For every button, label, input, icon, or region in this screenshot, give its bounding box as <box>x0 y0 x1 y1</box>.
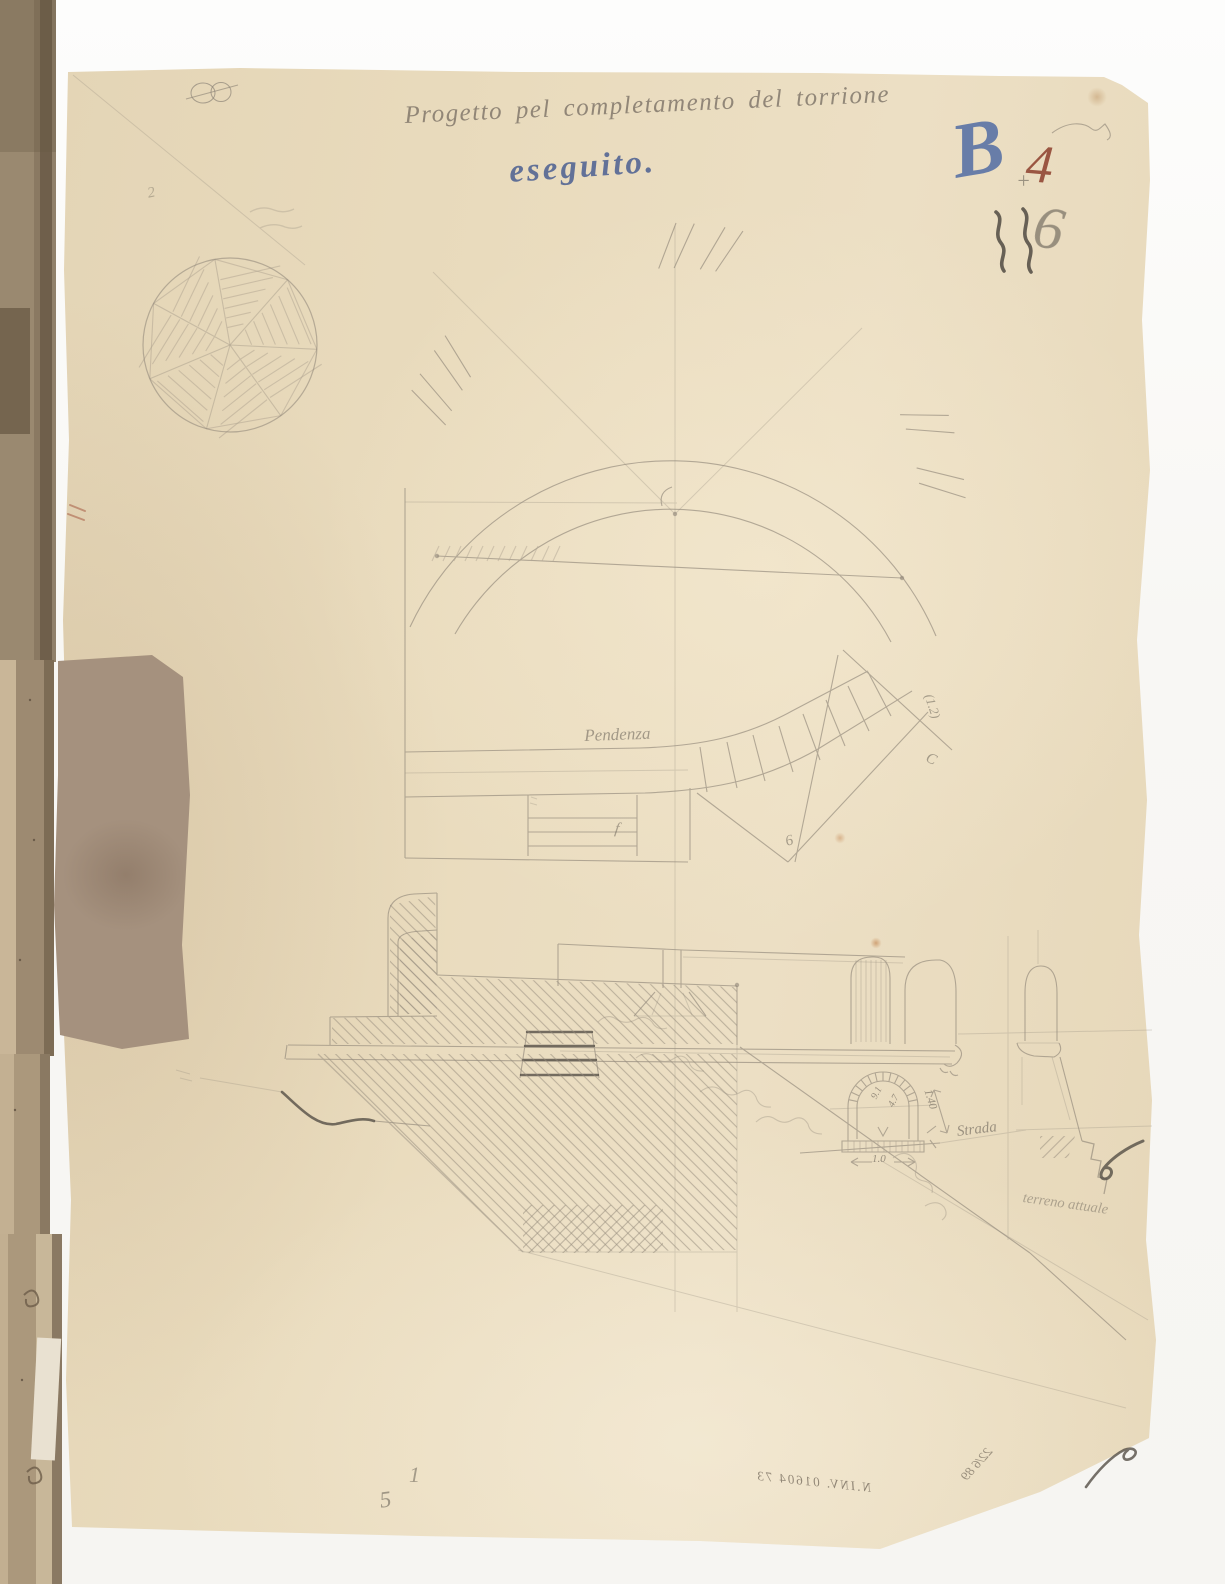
binding-strip-lower <box>0 1054 50 1236</box>
binding-strip-middle <box>0 660 54 1056</box>
scanned-drawing-page: Progetto pel completamento del torrione … <box>0 0 1225 1584</box>
binding-strip-top-shade <box>0 0 56 152</box>
binding-strip-dark-segment <box>0 308 30 434</box>
tape-remnant-patch <box>52 655 194 1055</box>
